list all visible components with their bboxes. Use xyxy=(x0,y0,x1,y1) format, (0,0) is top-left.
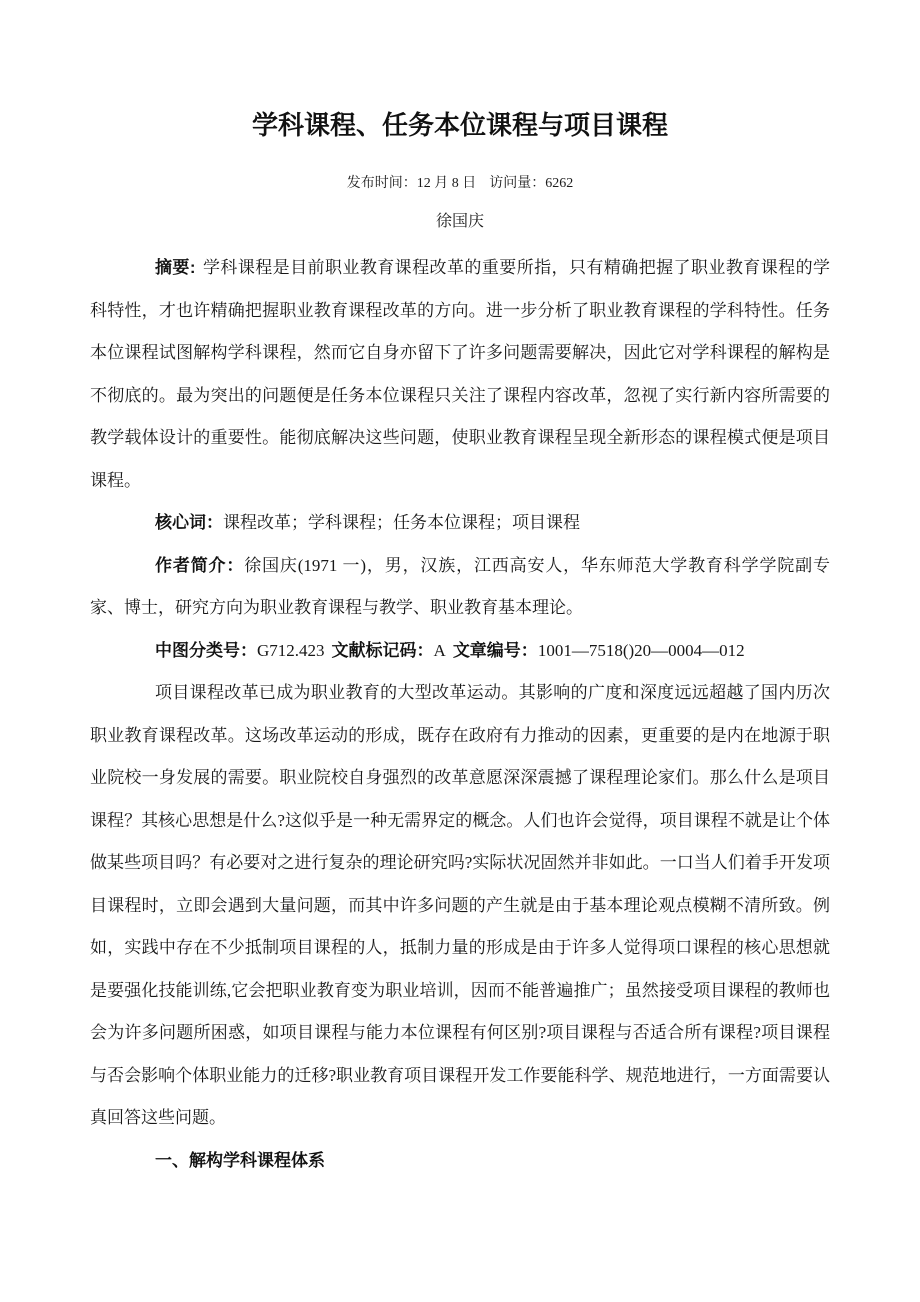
classification-paragraph: 中图分类号：G712.423文献标记码：A文章编号：1001—7518()20—… xyxy=(90,630,830,673)
visit-count-label: 访问量： xyxy=(489,176,545,191)
document-page: 学科课程、任务本位课程与项目课程 发布时间：12 月 8 日访问量：6262 徐… xyxy=(0,0,920,1302)
section-heading: 一、解构学科课程体系 xyxy=(90,1140,830,1183)
article-id-label: 文章编号： xyxy=(453,641,538,660)
abstract-paragraph: 摘要:学科课程是目前职业教育课程改革的重要所指，只有精确把握了职业教育课程的学科… xyxy=(90,247,830,502)
author-bio-paragraph: 作者简介：徐国庆(1971 一)，男，汉族，江西高安人，华东师范大学教育科学学院… xyxy=(90,545,830,630)
keywords-label: 核心词： xyxy=(155,513,223,532)
clc-number-value: G712.423 xyxy=(257,641,325,660)
abstract-label: 摘要: xyxy=(155,258,196,277)
author-name: 徐国庆 xyxy=(90,211,830,233)
abstract-text: 学科课程是目前职业教育课程改革的重要所指，只有精确把握了职业教育课程的学科特性，… xyxy=(90,258,830,490)
document-code-value: A xyxy=(434,641,446,660)
publish-info: 发布时间：12 月 8 日访问量：6262 xyxy=(90,174,830,193)
body-paragraph: 项目课程改革已成为职业教育的大型改革运动。其影响的广度和深度远远超越了国内历次职… xyxy=(90,672,830,1140)
keywords-text: 课程改革；学科课程；任务本位课程；项目课程 xyxy=(223,513,580,532)
document-code-label: 文献标记码： xyxy=(332,641,434,660)
clc-number-label: 中图分类号： xyxy=(155,641,257,660)
publish-date-value: 12 月 8 日 xyxy=(417,176,477,191)
visit-count-value: 6262 xyxy=(545,176,573,191)
article-id-value: 1001—7518()20—0004—012 xyxy=(538,641,745,660)
publish-date-label: 发布时间： xyxy=(347,176,417,191)
document-title: 学科课程、任务本位课程与项目课程 xyxy=(90,108,830,142)
author-bio-label: 作者简介： xyxy=(155,556,244,575)
keywords-paragraph: 核心词：课程改革；学科课程；任务本位课程；项目课程 xyxy=(90,502,830,545)
